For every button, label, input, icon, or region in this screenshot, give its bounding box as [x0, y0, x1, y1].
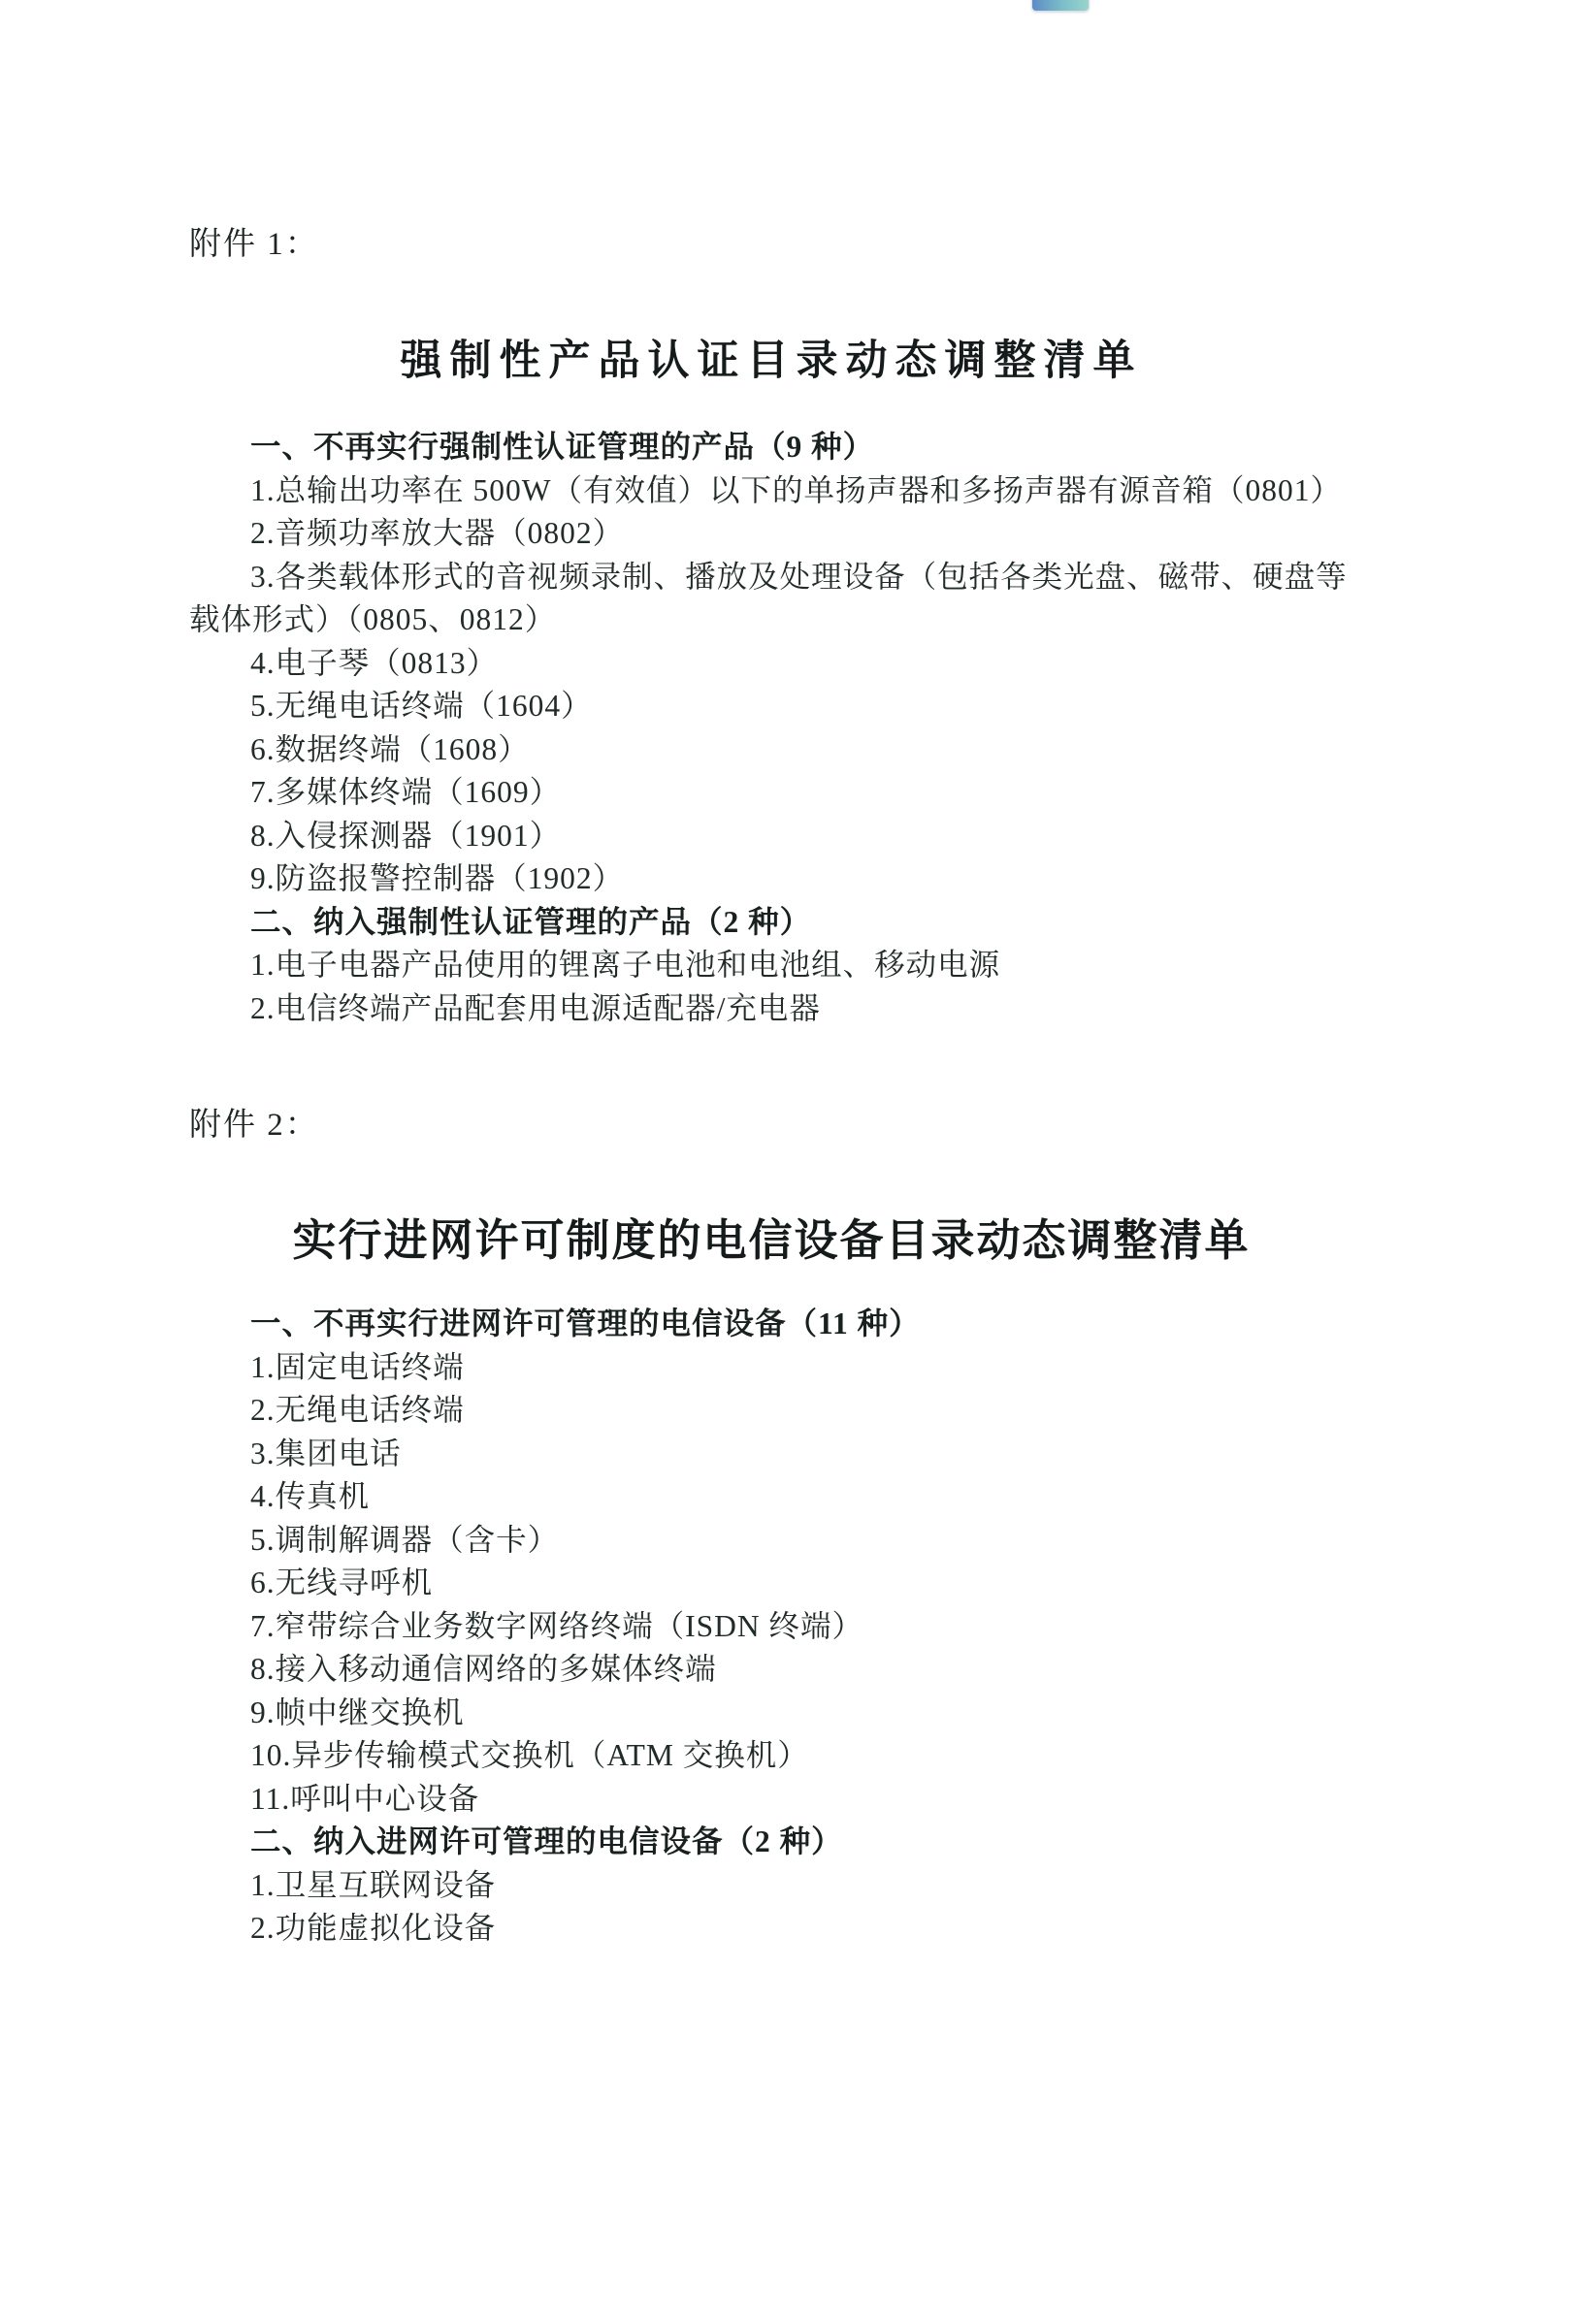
list-item: 9.帧中继交换机: [189, 1692, 1353, 1735]
list-item: 6.无线寻呼机: [189, 1562, 1353, 1605]
list-item: 2.音频功率放大器（0802）: [189, 512, 1353, 556]
attachment2-section1-item-list: 1.固定电话终端2.无绳电话终端3.集团电话4.传真机5.调制解调器（含卡）6.…: [189, 1346, 1353, 1822]
attachment1-body: 一、不再实行强制性认证管理的产品（9 种） 1.总输出功率在 500W（有效值）…: [189, 426, 1353, 1030]
list-item: 1.电子电器产品使用的锂离子电池和电池组、移动电源: [189, 944, 1353, 987]
attachment1-section2-heading: 二、纳入强制性认证管理的产品（2 种）: [189, 901, 1353, 945]
list-item: 5.调制解调器（含卡）: [189, 1519, 1353, 1563]
attachment2-section1-heading: 一、不再实行进网许可管理的电信设备（11 种）: [189, 1303, 1353, 1346]
attachment1-label: 附件 1：: [189, 225, 1353, 264]
document-page: 附件 1： 强制性产品认证目录动态调整清单 一、不再实行强制性认证管理的产品（9…: [0, 0, 1595, 2324]
list-item: 7.多媒体终端（1609）: [189, 771, 1353, 815]
attachment1-title: 强制性产品认证目录动态调整清单: [189, 328, 1353, 387]
list-item: 2.电信终端产品配套用电源适配器/充电器: [189, 987, 1353, 1031]
page-content: 附件 1： 强制性产品认证目录动态调整清单 一、不再实行强制性认证管理的产品（9…: [189, 0, 1353, 1951]
list-item: 11.呼叫中心设备: [189, 1778, 1353, 1822]
attachment2-label: 附件 2：: [189, 1106, 1353, 1145]
list-item: 9.防盗报警控制器（1902）: [189, 857, 1353, 901]
attachment1-section1-heading: 一、不再实行强制性认证管理的产品（9 种）: [189, 426, 1353, 469]
list-item: 6.数据终端（1608）: [189, 728, 1353, 772]
attachment2-body: 一、不再实行进网许可管理的电信设备（11 种） 1.固定电话终端2.无绳电话终端…: [189, 1303, 1353, 1951]
list-item: 2.无绳电话终端: [189, 1389, 1353, 1433]
list-item: 7.窄带综合业务数字网络终端（ISDN 终端）: [189, 1605, 1353, 1649]
attachment2-section2-item-list: 1.卫星互联网设备2.功能虚拟化设备: [189, 1864, 1353, 1951]
list-item: 3.集团电话: [189, 1433, 1353, 1476]
list-item: 3.各类载体形式的音视频录制、播放及处理设备（包括各类光盘、磁带、硬盘等载体形式…: [189, 556, 1353, 642]
list-item: 4.电子琴（0813）: [189, 642, 1353, 686]
list-item: 4.传真机: [189, 1475, 1353, 1519]
list-item: 1.固定电话终端: [189, 1346, 1353, 1390]
list-item: 8.入侵探测器（1901）: [189, 815, 1353, 858]
attachment2-section2-heading: 二、纳入进网许可管理的电信设备（2 种）: [189, 1821, 1353, 1864]
list-item: 10.异步传输模式交换机（ATM 交换机）: [189, 1734, 1353, 1778]
list-item: 1.总输出功率在 500W（有效值）以下的单扬声器和多扬声器有源音箱（0801）: [189, 469, 1353, 513]
list-item: 1.卫星互联网设备: [189, 1864, 1353, 1908]
attachment1-section2-item-list: 1.电子电器产品使用的锂离子电池和电池组、移动电源2.电信终端产品配套用电源适配…: [189, 944, 1353, 1030]
list-item: 5.无绳电话终端（1604）: [189, 685, 1353, 728]
list-item: 2.功能虚拟化设备: [189, 1907, 1353, 1951]
attachment2-title: 实行进网许可制度的电信设备目录动态调整清单: [189, 1205, 1353, 1268]
attachment1-section1-item-list: 1.总输出功率在 500W（有效值）以下的单扬声器和多扬声器有源音箱（0801）…: [189, 469, 1353, 901]
list-item: 8.接入移动通信网络的多媒体终端: [189, 1648, 1353, 1692]
